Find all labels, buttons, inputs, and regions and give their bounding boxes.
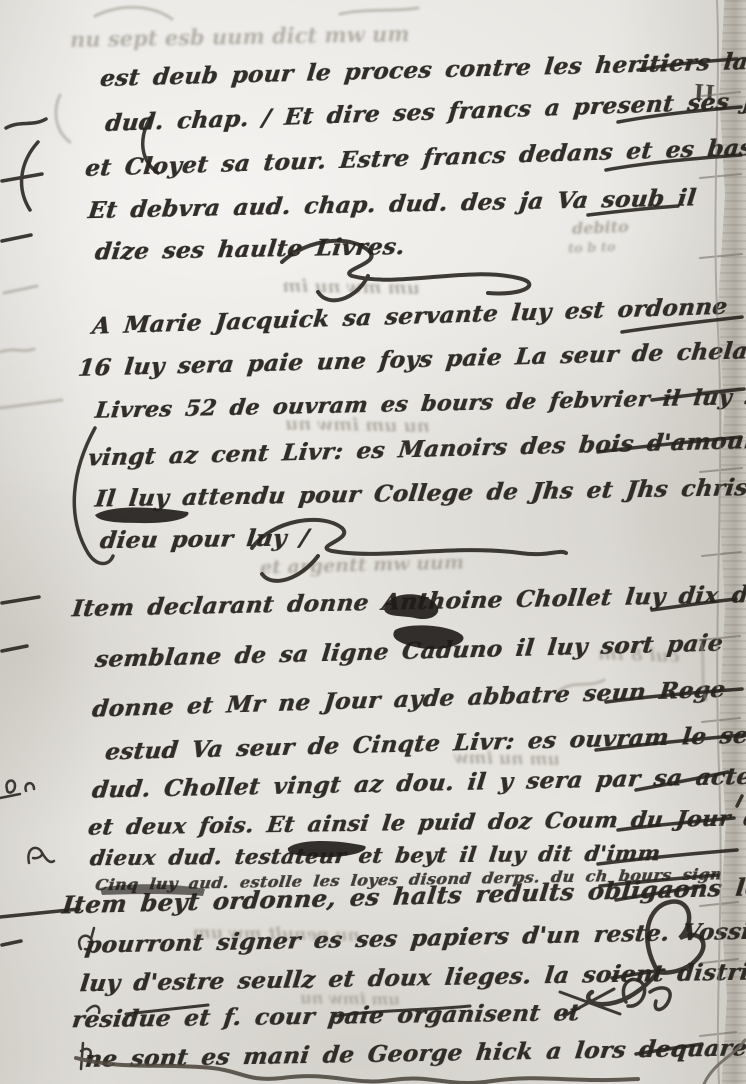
- manuscript-line: et deux fois. Et ainsi le puid doz Coum …: [87, 807, 746, 839]
- manuscript-line: pourront signer es ses papiers d'un rest…: [84, 918, 746, 957]
- paraph-flourish-3: [588, 902, 703, 1005]
- manuscript-line: est deub pour le proces contre les herit…: [99, 49, 746, 91]
- manuscript-line: Item declarant donne Anthoine Chollet lu…: [71, 582, 746, 620]
- manuscript-line: dieux dud. testateur et beyt il luy dit …: [89, 842, 662, 868]
- bleedthrough-word: to b to: [568, 241, 616, 256]
- manuscript-line: vingt az cent Livr: es Manoirs des bois …: [87, 429, 746, 470]
- bleedthrough-line: et argentt mw uum: [260, 553, 464, 577]
- manuscript-line: residue et f. cour paie organisent et: [71, 1001, 582, 1031]
- manuscript-page: nu sept esb uum dict mw um debito to b t…: [0, 0, 746, 1084]
- manuscript-line: Il luy attendu pour College de Jhs et Jh…: [94, 476, 746, 511]
- manuscript-line: luy d'estre seullz et doux lieges. la so…: [79, 959, 746, 995]
- manuscript-line: dud. Chollet vingt az dou. il y sera par…: [91, 765, 746, 802]
- bleedthrough-line: um mw nu im: [282, 278, 420, 298]
- manuscript-line: et Cloyet sa tour. Estre francs dedans e…: [84, 135, 746, 180]
- manuscript-line: semblane de sa ligne Caduno il luy sort …: [94, 632, 724, 672]
- bleedthrough-word-debito: debito: [572, 219, 629, 237]
- manuscript-line: estud Va seur de Cinqte Livr: es ouvram …: [104, 723, 746, 764]
- manuscript-line: dieu pour luy /: [99, 527, 311, 553]
- bleedthrough-line: nu sept esb uum dict mw um: [70, 23, 410, 50]
- manuscript-line: dud. chap. / Et dire ses francs a presen…: [104, 88, 746, 136]
- manuscript-line: 16 luy sera paie une foys paie La seur d…: [77, 339, 746, 380]
- manuscript-line: ne sont es mani de George hick a lors de…: [84, 1036, 746, 1071]
- manuscript-line: Livres 52 de ouvram es bours de febvrier…: [94, 384, 746, 422]
- manuscript-line: donne et Mr ne Jour ayde abbatre seun Re…: [91, 678, 727, 721]
- manuscript-line: A Marie Jacquick sa servante luy est ord…: [91, 295, 729, 338]
- manuscript-line: dize ses haulte Livres.: [94, 235, 406, 263]
